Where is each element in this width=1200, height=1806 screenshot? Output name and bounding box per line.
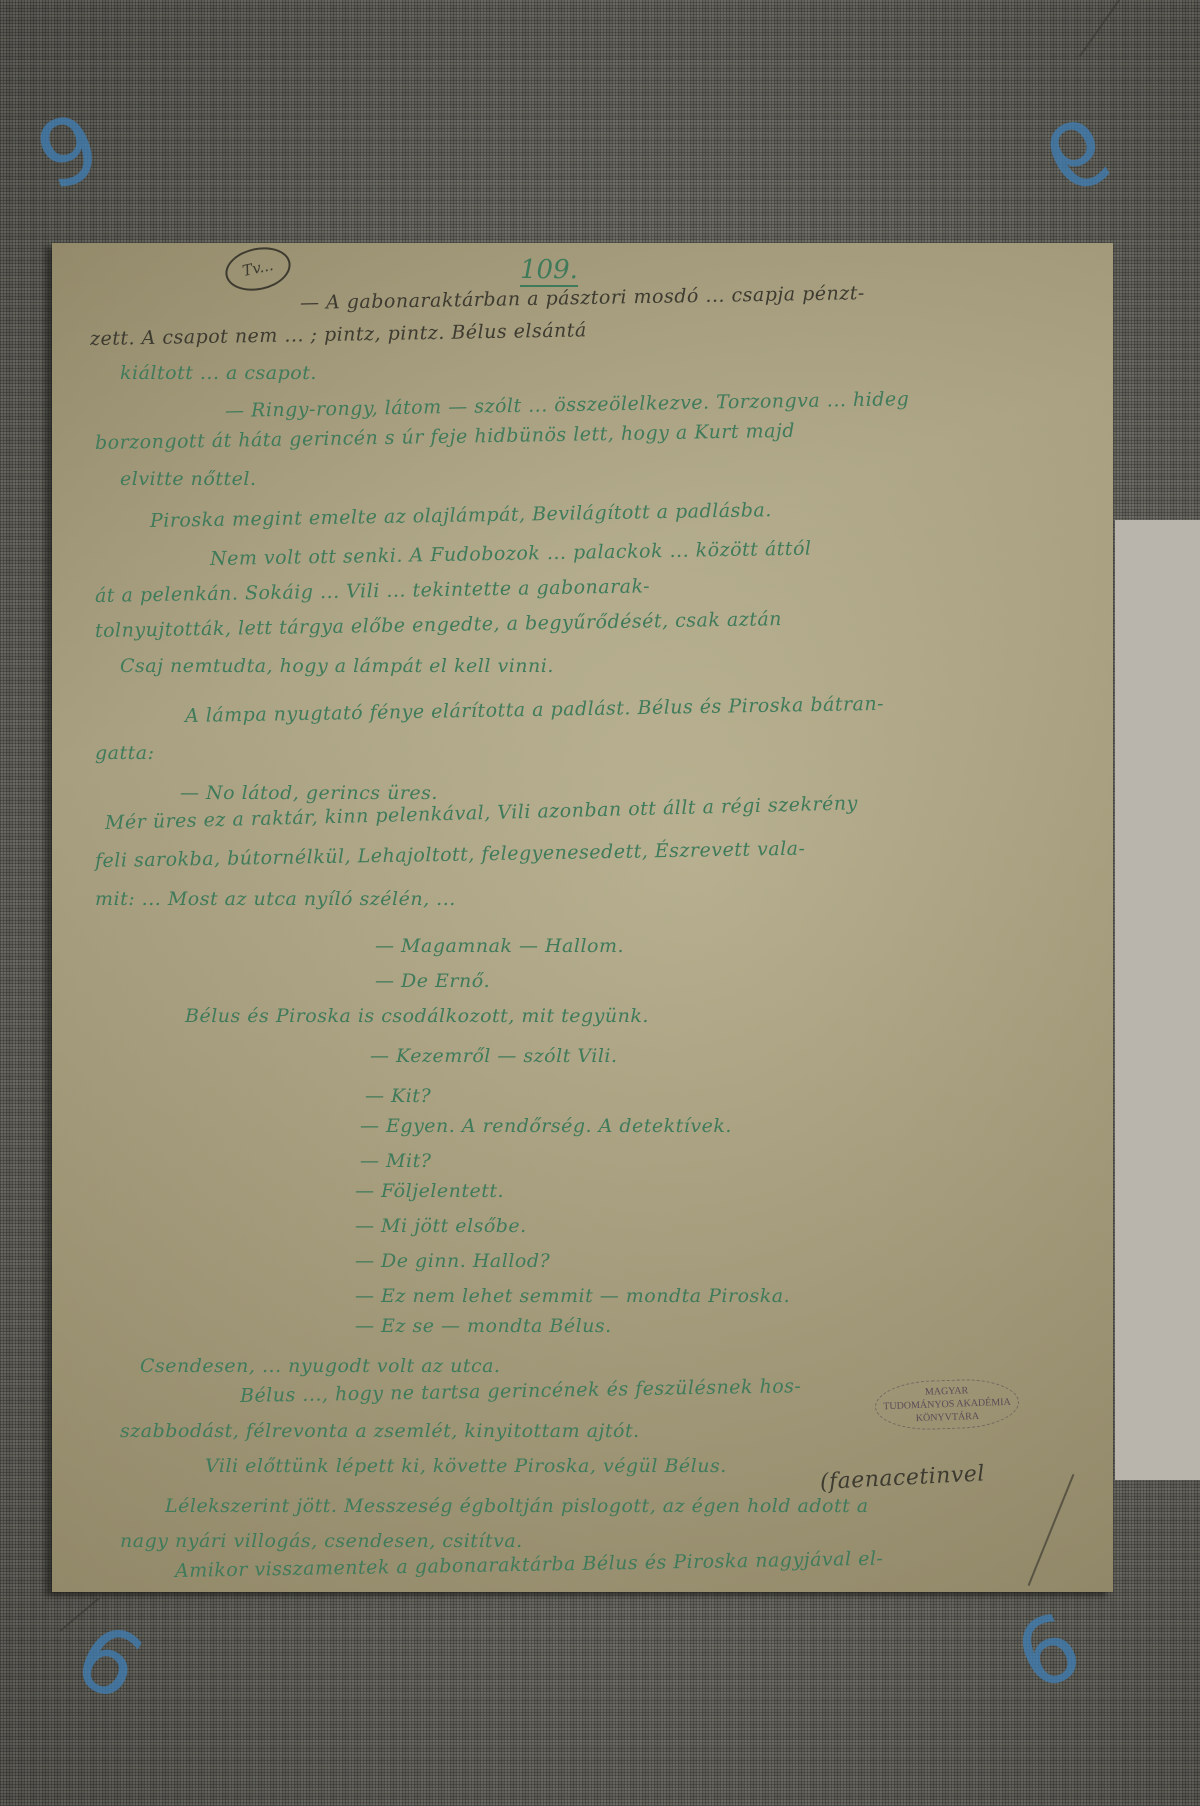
manuscript-line: Vili előttünk lépett ki, követte Piroska… [205,1455,727,1477]
crayon-mark-top-left: 9 [24,93,114,211]
page-number: 109. [520,255,578,287]
manuscript-line: — Följelentett. [355,1180,504,1202]
manuscript-line: szabbodást, félrevonta a zsemlét, kinyit… [120,1420,640,1442]
manuscript-line: Bélus és Piroska is csodálkozott, mit te… [185,1005,649,1027]
manuscript-line: Lélekszerint jött. Messzeség égboltján p… [165,1495,869,1517]
manuscript-line: gatta: [95,742,155,764]
manuscript-line: — De ginn. Hallod? [355,1250,550,1272]
pencil-tick-bottom-left [59,1598,99,1632]
manuscript-line: Csendesen, ... nyugodt volt az utca. [140,1355,500,1377]
manuscript-line: mit: ... Most az utca nyíló szélén, ... [95,888,456,910]
manuscript-line: — Ez nem lehet semmit — mondta Piroska. [355,1285,790,1307]
pencil-tick-top-right [1079,0,1121,57]
manuscript-line: — No látod, gerincs üres. [180,782,438,804]
manuscript-line: — Egyen. A rendőrség. A detektívek. [360,1115,732,1137]
manuscript-line: — Ez se — mondta Bélus. [355,1315,612,1337]
manuscript-line: — Kezemről — szólt Vili. [370,1045,618,1067]
manuscript-line: — Mit? [360,1150,431,1172]
manuscript-line: — Kit? [365,1085,431,1107]
manuscript-line: elvitte nőttel. [120,468,257,490]
crayon-mark-bottom-right: 6 [1000,1593,1096,1712]
manuscript-line: kiáltott ... a csapot. [120,362,317,384]
manuscript-line: — Mi jött elsőbe. [355,1215,527,1237]
manuscript-line: Csaj nemtudta, hogy a lámpát el kell vin… [120,655,554,677]
gray-reference-card [1115,520,1200,1480]
manuscript-line: — Magamnak — Hallom. [375,935,624,957]
crayon-mark-top-right: 9 [1028,98,1130,218]
manuscript-line: nagy nyári villogás, csendesen, csitítva… [120,1530,523,1552]
manuscript-line: — De Ernő. [375,970,490,992]
